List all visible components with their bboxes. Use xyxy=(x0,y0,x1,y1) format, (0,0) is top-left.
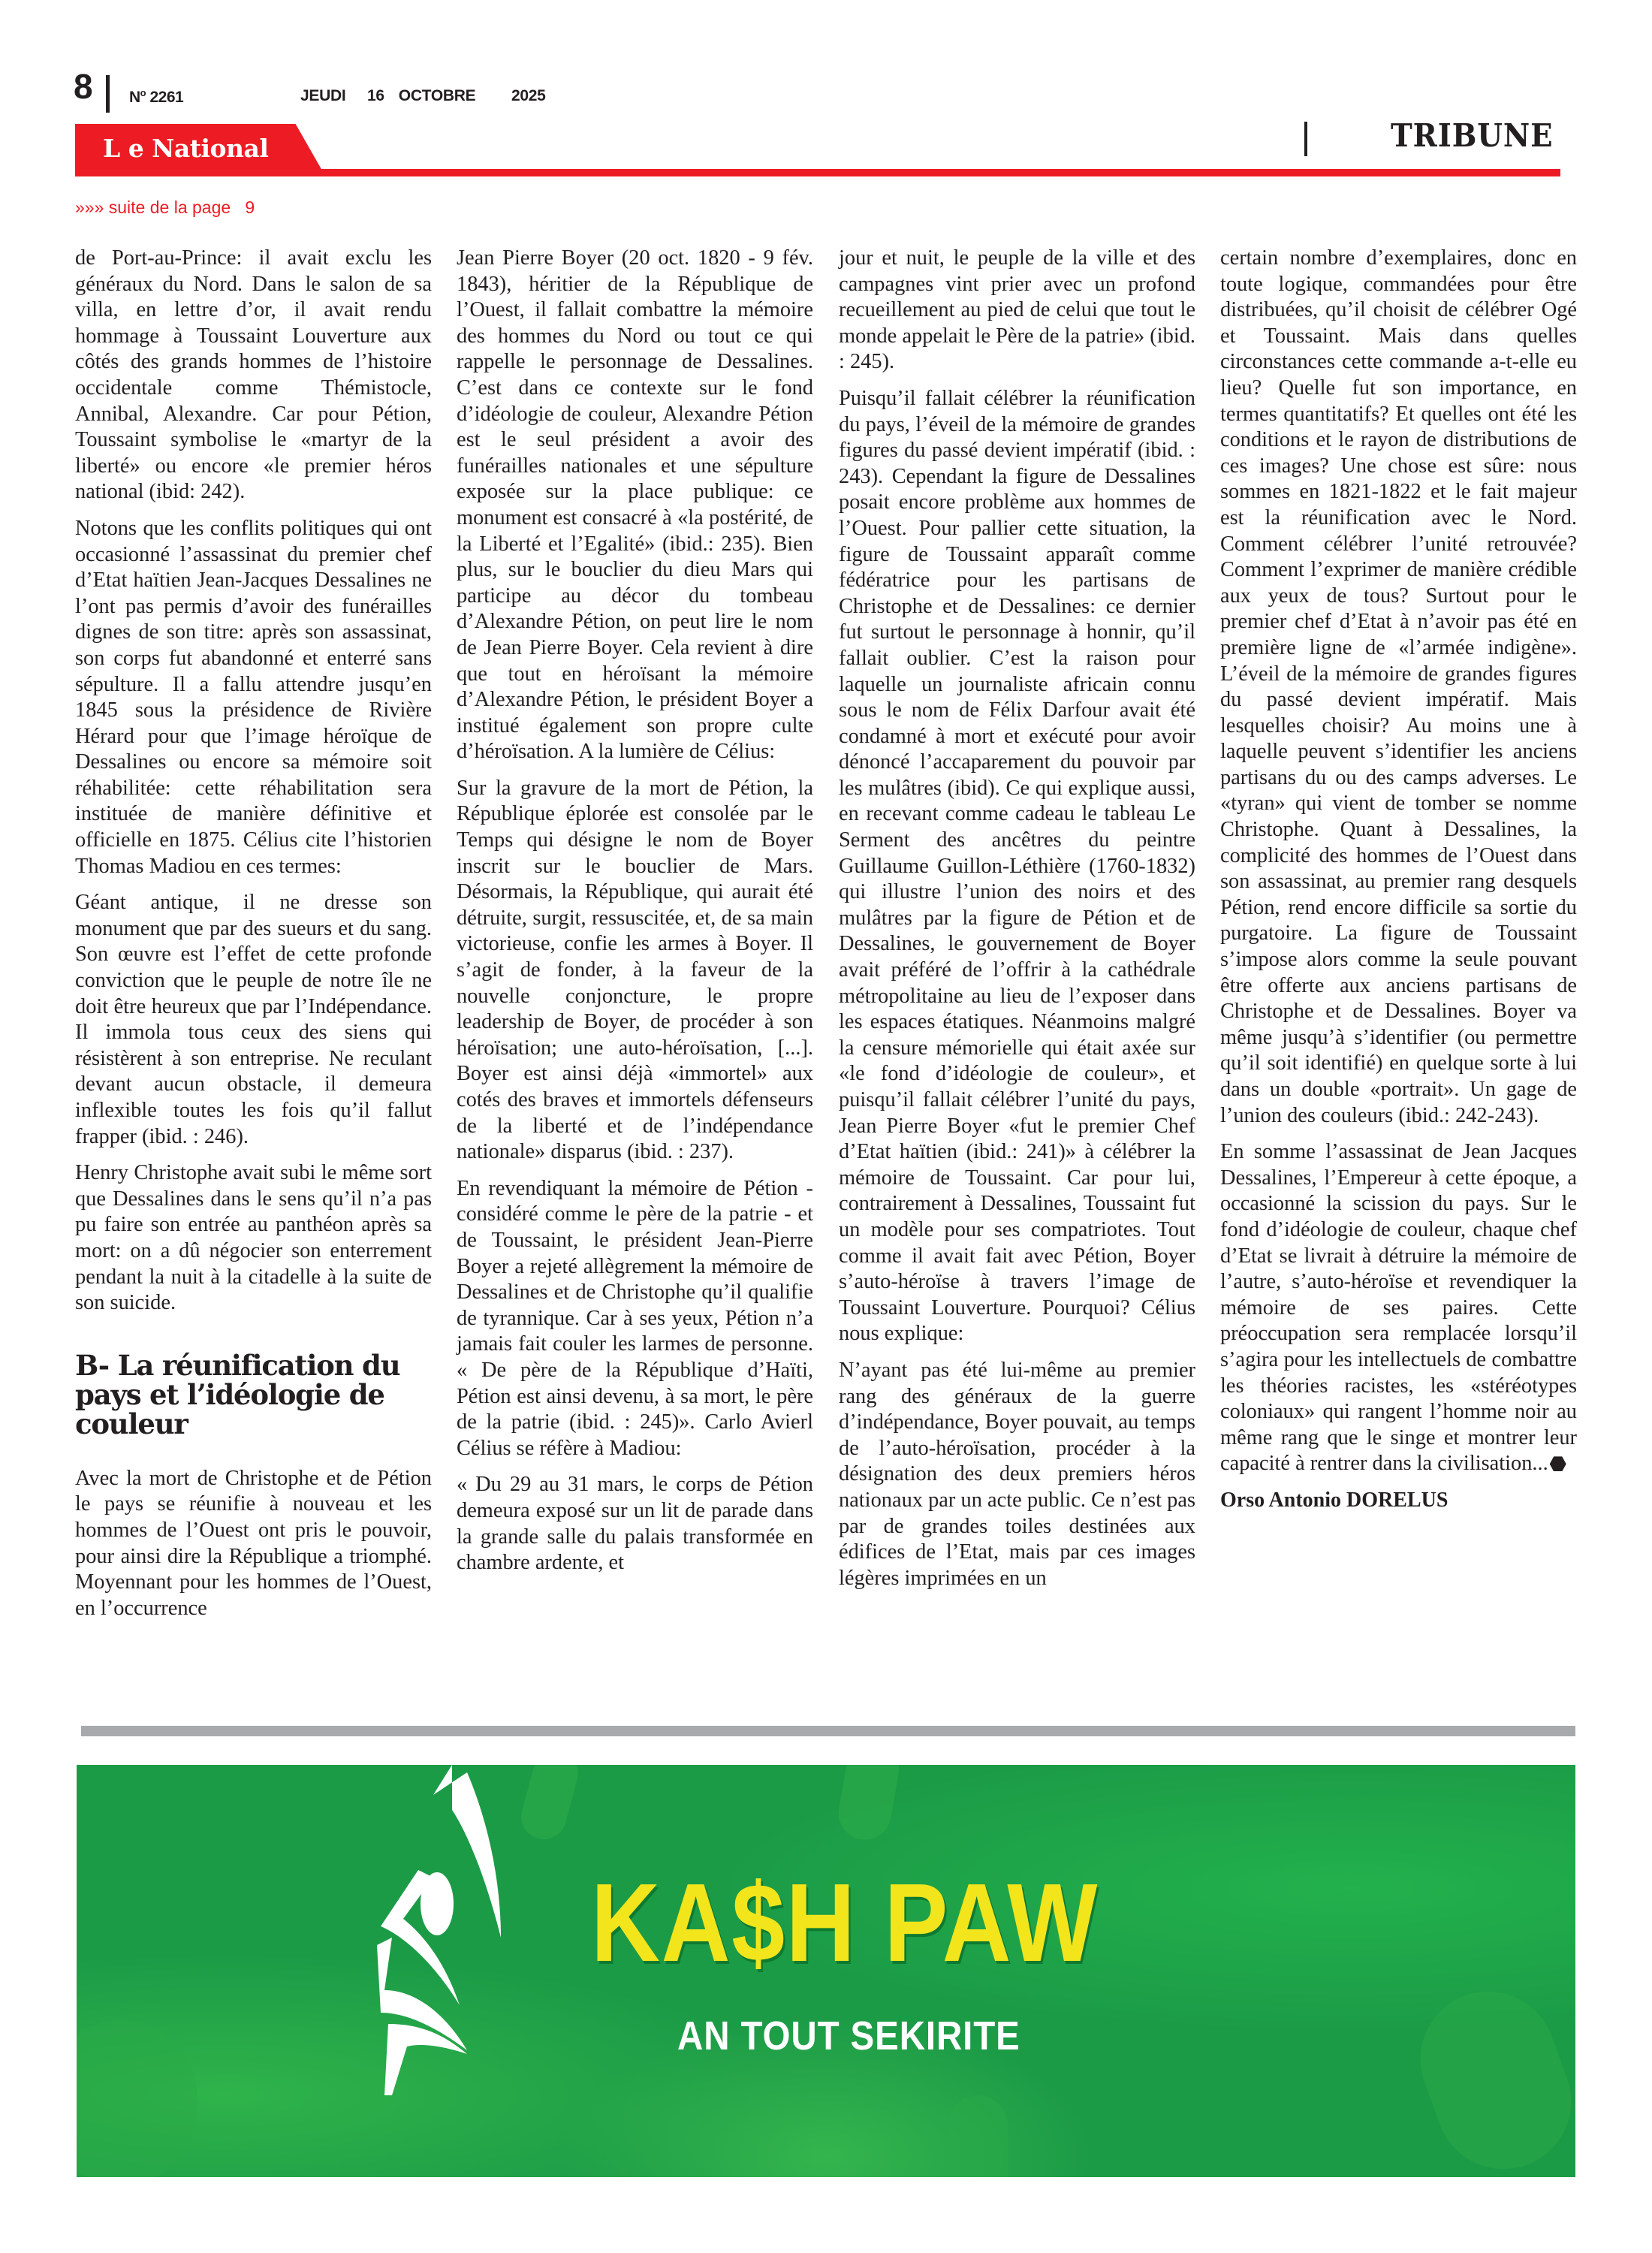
paragraph: de Port-au-Prince: il avait exclu les gé… xyxy=(75,246,432,505)
quote-paragraph: « Du 29 au 31 mars, le corps de Pétion d… xyxy=(457,1472,813,1576)
quote-paragraph: Géant antique, il ne dresse son monument… xyxy=(75,890,432,1150)
continued-from-link[interactable]: »»» suite de la page 9 xyxy=(75,198,255,218)
issue-prefix: N xyxy=(129,89,140,106)
ad-tagline: AN TOUT SEKIRITE xyxy=(677,2013,1020,2059)
section-divider xyxy=(1304,122,1307,156)
paragraph: Notons que les conflits politiques qui o… xyxy=(75,516,432,879)
paragraph: certain nombre d’exemplaires, donc en to… xyxy=(1220,246,1577,1129)
article-column-4: certain nombre d’exemplaires, donc en to… xyxy=(1220,246,1577,1525)
paragraph: Henry Christophe avait subi le même sort… xyxy=(75,1160,432,1317)
masthead-divider xyxy=(106,75,110,113)
author-byline: Orso Antonio DORELUS xyxy=(1220,1488,1577,1514)
money-bills-fan-logo-icon xyxy=(362,1765,512,2103)
closing-paragraph: En somme l’assassinat de Jean Jacques De… xyxy=(1220,1139,1577,1477)
article-column-1: de Port-au-Prince: il avait exclu les gé… xyxy=(75,246,432,1632)
article-subheading: B- La réunification du pays et l’idéolog… xyxy=(75,1351,432,1439)
issue-date: JEUDI 16 OCTOBRE 2025 xyxy=(300,87,546,105)
kash-paw-advertisement[interactable]: KA$H PAW AN TOUT SEKIRITE xyxy=(77,1765,1575,2177)
issue-prefix-sup: o xyxy=(140,87,146,98)
quote-paragraph: N’ayant pas été lui-même au premier rang… xyxy=(839,1358,1195,1591)
background-dollar-shape xyxy=(77,2020,197,2177)
background-dollar-shape xyxy=(948,2095,1008,2177)
newspaper-logo: L e National xyxy=(103,134,268,163)
issue-number: No 2261 xyxy=(129,87,183,107)
page-number: 8 xyxy=(74,69,93,104)
ad-separator-rule xyxy=(81,1726,1575,1736)
paragraph: Jean Pierre Boyer (20 oct. 1820 - 9 fév.… xyxy=(457,246,813,765)
background-dollar-shape xyxy=(516,1765,583,1844)
section-title: TRIBUNE xyxy=(1391,117,1554,154)
article-column-3: jour et nuit, le peuple de la ville et d… xyxy=(839,246,1195,1602)
paragraph: jour et nuit, le peuple de la ville et d… xyxy=(839,246,1195,375)
hexagon-end-mark-icon xyxy=(1550,1456,1566,1471)
quote-paragraph: Sur la gravure de la mort de Pétion, la … xyxy=(457,776,813,1166)
ad-brand-name: KA$H PAW xyxy=(591,1867,1099,1980)
paragraph: En revendiquant la mémoire de Pétion -co… xyxy=(457,1176,813,1462)
background-dollar-shape xyxy=(834,1765,903,1844)
background-dollar-shape xyxy=(1401,1972,1575,2177)
closing-text: En somme l’assassinat de Jean Jacques De… xyxy=(1220,1140,1577,1475)
article-column-2: Jean Pierre Boyer (20 oct. 1820 - 9 fév.… xyxy=(457,246,813,1587)
issue-value: 2261 xyxy=(149,89,183,106)
paragraph: Puisqu’il fallait célébrer la réunificat… xyxy=(839,386,1195,1347)
paragraph: Avec la mort de Christophe et de Pétion … xyxy=(75,1466,432,1622)
